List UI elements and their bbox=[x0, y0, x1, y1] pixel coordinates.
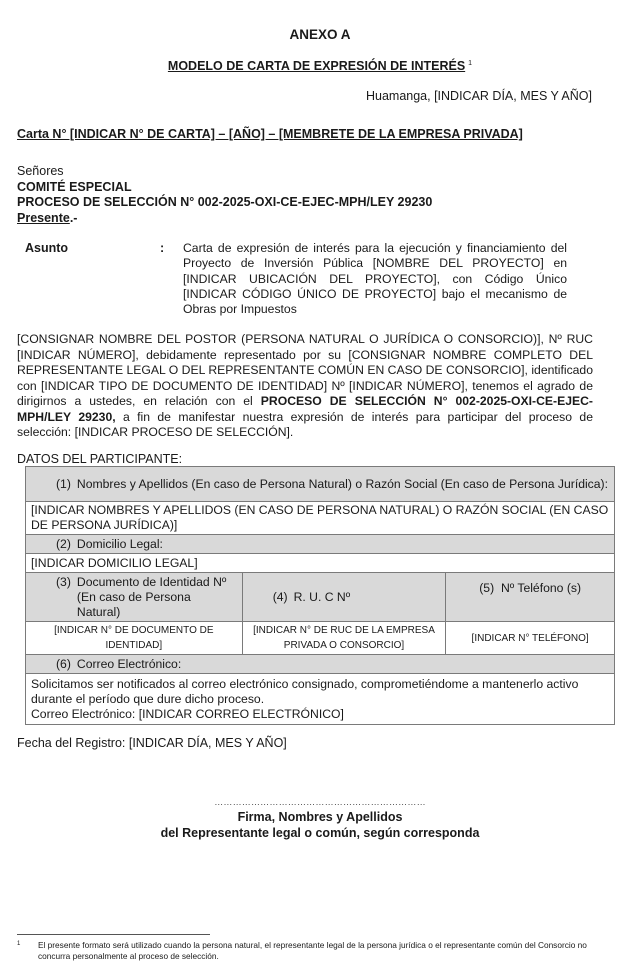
presente-text: Presente bbox=[17, 211, 70, 225]
field-3-label-cell: (3)Documento de Identidad Nº (En caso de… bbox=[26, 573, 243, 622]
committee-name: COMITÉ ESPECIAL bbox=[17, 180, 432, 196]
field-1-label: Nombres y Apellidos (En caso de Persona … bbox=[77, 477, 608, 492]
registration-date: Fecha del Registro: [INDICAR DÍA, MES Y … bbox=[17, 736, 287, 750]
asunto-colon: : bbox=[160, 241, 164, 255]
table-row: Solicitamos ser notificados al correo el… bbox=[26, 674, 615, 725]
field-5-label-cell: (5) Nº Teléfono (s) bbox=[446, 573, 615, 622]
email-value: Correo Electrónico: [INDICAR CORREO ELEC… bbox=[31, 707, 609, 722]
field-6-number: (6) bbox=[56, 657, 71, 672]
email-notice: Solicitamos ser notificados al correo el… bbox=[31, 677, 609, 707]
field-2-value[interactable]: [INDICAR DOMICILIO LEGAL] bbox=[26, 554, 615, 573]
salutation: Señores bbox=[17, 164, 432, 180]
signature-line: …………………………………………………………… bbox=[0, 797, 640, 807]
footnote-divider bbox=[17, 934, 210, 935]
footnote-ref: 1 bbox=[468, 60, 472, 67]
field-6-value-cell[interactable]: Solicitamos ser notificados al correo el… bbox=[26, 674, 615, 725]
subtitle-text: MODELO DE CARTA DE EXPRESIÓN DE INTERÉS bbox=[168, 59, 465, 73]
table-row: (2)Domicilio Legal: bbox=[26, 535, 615, 554]
field-1-number: (1) bbox=[56, 477, 71, 492]
field-2-label-cell: (2)Domicilio Legal: bbox=[26, 535, 615, 554]
asunto-text: Carta de expresión de interés para la ej… bbox=[183, 241, 567, 317]
field-6-label-cell: (6)Correo Electrónico: bbox=[26, 655, 615, 674]
footnote-number: 1 bbox=[17, 941, 20, 947]
participant-table: (1)Nombres y Apellidos (En caso de Perso… bbox=[25, 466, 615, 725]
field-4-label: R. U. C Nº bbox=[294, 590, 351, 605]
table-row: (1)Nombres y Apellidos (En caso de Perso… bbox=[26, 467, 615, 502]
field-4-value[interactable]: [INDICAR N° DE RUC DE LA EMPRESA PRIVADA… bbox=[242, 622, 446, 655]
annex-title: ANEXO A bbox=[0, 27, 640, 42]
presente-suffix: .- bbox=[70, 211, 78, 225]
table-row: (6)Correo Electrónico: bbox=[26, 655, 615, 674]
field-2-label: Domicilio Legal: bbox=[77, 537, 163, 552]
field-5-label: Nº Teléfono (s) bbox=[501, 581, 581, 595]
selection-process: PROCESO DE SELECCIÓN N° 002-2025-OXI-CE-… bbox=[17, 195, 432, 211]
table-row: (3)Documento de Identidad Nº (En caso de… bbox=[26, 573, 615, 622]
field-4-number: (4) bbox=[273, 590, 288, 605]
presente-line: Presente.- bbox=[17, 211, 432, 227]
footnote-text: El presente formato será utilizado cuand… bbox=[38, 940, 608, 962]
document-subtitle: MODELO DE CARTA DE EXPRESIÓN DE INTERÉS1 bbox=[0, 59, 640, 73]
table-row: [INDICAR NOMBRES Y APELLIDOS (EN CASO DE… bbox=[26, 502, 615, 535]
signature-caption-2: del Representante legal o común, según c… bbox=[0, 826, 640, 840]
place-date: Huamanga, [INDICAR DÍA, MES Y AÑO] bbox=[366, 89, 592, 103]
body-paragraph: [CONSIGNAR NOMBRE DEL POSTOR (PERSONA NA… bbox=[17, 332, 593, 441]
field-5-number: (5) bbox=[479, 581, 494, 595]
field-3-label: Documento de Identidad Nº (En caso de Pe… bbox=[77, 575, 237, 620]
carta-reference: Carta N° [INDICAR N° DE CARTA] – [AÑO] –… bbox=[17, 127, 523, 141]
field-1-label-cell: (1)Nombres y Apellidos (En caso de Perso… bbox=[26, 467, 615, 502]
field-3-number: (3) bbox=[56, 575, 71, 620]
table-row: [INDICAR DOMICILIO LEGAL] bbox=[26, 554, 615, 573]
addressee-block: Señores COMITÉ ESPECIAL PROCESO DE SELEC… bbox=[17, 164, 432, 226]
participant-section-label: DATOS DEL PARTICIPANTE: bbox=[17, 452, 182, 466]
field-5-value[interactable]: [INDICAR N° TELÉFONO] bbox=[446, 622, 615, 655]
asunto-label: Asunto bbox=[25, 241, 68, 255]
table-row: [INDICAR N° DE DOCUMENTO DE IDENTIDAD] [… bbox=[26, 622, 615, 655]
field-6-label: Correo Electrónico: bbox=[77, 657, 181, 672]
field-1-value[interactable]: [INDICAR NOMBRES Y APELLIDOS (EN CASO DE… bbox=[26, 502, 615, 535]
field-4-label-cell: (4)R. U. C Nº bbox=[242, 573, 446, 622]
field-2-number: (2) bbox=[56, 537, 71, 552]
signature-caption-1: Firma, Nombres y Apellidos bbox=[0, 810, 640, 824]
field-3-value[interactable]: [INDICAR N° DE DOCUMENTO DE IDENTIDAD] bbox=[26, 622, 243, 655]
